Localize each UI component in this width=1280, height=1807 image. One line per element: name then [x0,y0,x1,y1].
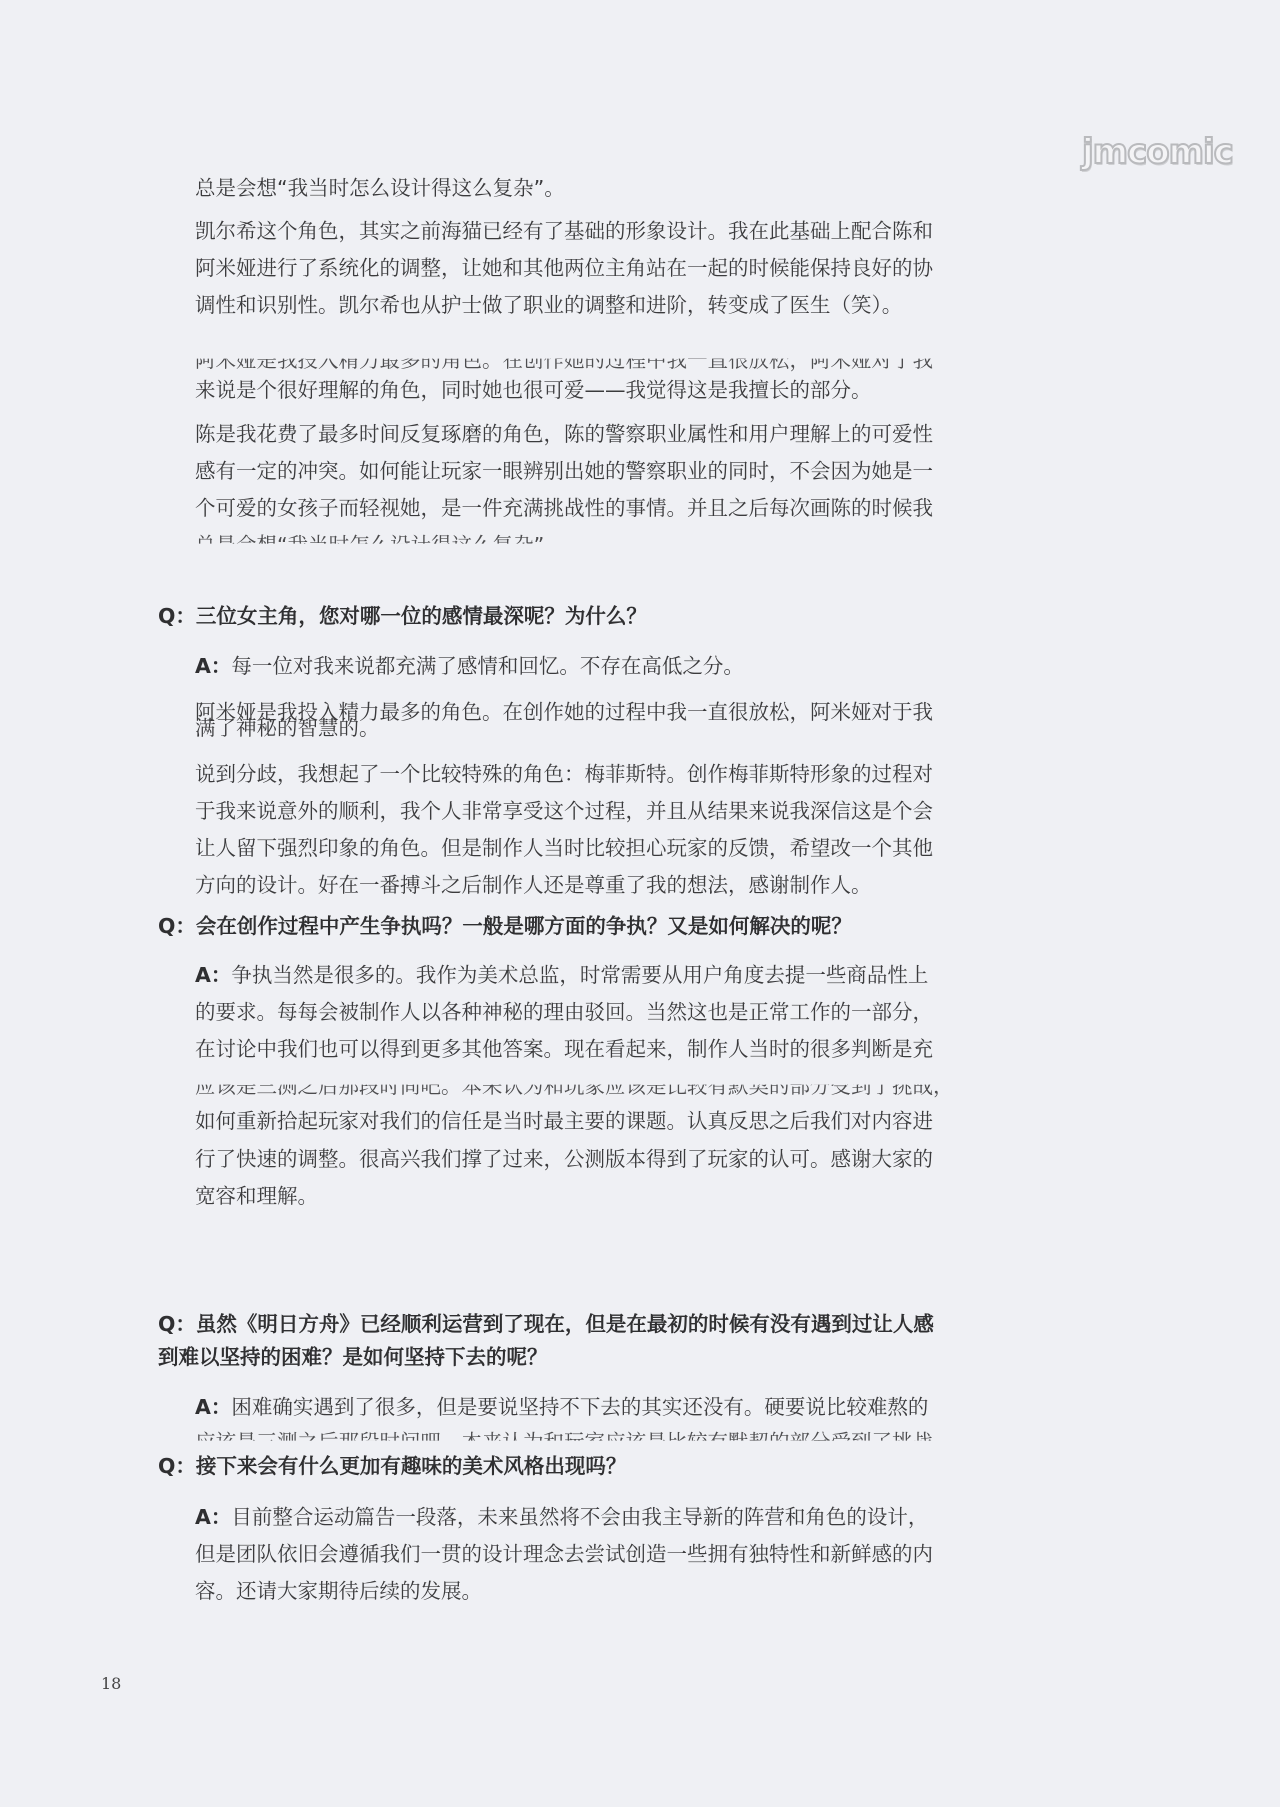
question-heading: Q：三位女主角，您对哪一位的感情最深呢？为什么？ [158,602,978,630]
answer-line: 在讨论中我们也可以得到更多其他答案。现在看起来，制作人当时的很多判断是充 [195,1035,965,1063]
answer-label: A： [195,1395,231,1419]
answer-line: 的要求。每每会被制作人以各种神秘的理由驳回。当然这也是正常工作的一部分， [195,998,965,1026]
page-number: 18 [101,1674,121,1693]
paragraph-line: 说到分歧，我想起了一个比较特殊的角色：梅菲斯特。创作梅菲斯特形象的过程对 [195,760,965,788]
answer-text: 目前整合运动篇告一段落，未来虽然将不会由我主导新的阵营和角色的设计， [231,1505,928,1529]
answer-line: A：每一位对我来说都充满了感情和回忆。不存在高低之分。 [195,652,965,680]
cut-paragraph-line: 总是会想“我当时怎么设计得这么复杂”。 [195,531,965,559]
question-heading: Q：接下来会有什么更加有趣味的美术风格出现吗？ [158,1452,978,1480]
answer-text: 每一位对我来说都充满了感情和回忆。不存在高低之分。 [231,654,744,678]
answer-line: A：目前整合运动篇告一段落，未来虽然将不会由我主导新的阵营和角色的设计， [195,1503,965,1531]
cut-paragraph-line: 阿米娅是我投入精力最多的角色。在创作她的过程中我一直很放松，阿米娅对于我 [195,346,965,374]
answer-label: A： [195,963,231,987]
paragraph-line: 让人留下强烈印象的角色。但是制作人当时比较担心玩家的反馈，希望改一个其他 [195,834,965,862]
answer-line: 但是团队依旧会遵循我们一贯的设计理念去尝试创造一些拥有独特性和新鲜感的内 [195,1540,965,1568]
paragraph-line: 阿米娅进行了系统化的调整，让她和其他两位主角站在一起的时候能保持良好的协 [195,254,965,282]
answer-text: 困难确实遇到了很多，但是要说坚持不下去的其实还没有。硬要说比较难熬的 [231,1395,928,1419]
answer-line: 如何重新拾起玩家对我们的信任是当时最主要的课题。认真反思之后我们对内容进 [195,1107,965,1135]
cut-answer-line: 应该是三测之后那段时间吧。本来认为和玩家应该是比较有默契的部分受到了挑战， [195,1072,965,1100]
paragraph-line: 个可爱的女孩子而轻视她，是一件充满挑战性的事情。并且之后每次画陈的时候我 [195,494,965,522]
answer-line: 行了快速的调整。很高兴我们撑了过来，公测版本得到了玩家的认可。感谢大家的 [195,1145,965,1173]
answer-label: A： [195,654,231,678]
paragraph-line: 于我来说意外的顺利，我个人非常享受这个过程，并且从结果来说我深信这是个会 [195,797,965,825]
question-heading: Q：会在创作过程中产生争执吗？一般是哪方面的争执？又是如何解决的呢？ [158,912,978,940]
answer-text: 争执当然是很多的。我作为美术总监，时常需要从用户角度去提一些商品性上 [231,963,928,987]
paragraph-line: 陈是我花费了最多时间反复琢磨的角色，陈的警察职业属性和用户理解上的可爱性 [195,420,965,448]
overlapping-line: 满了神秘的智慧的。 [195,718,380,738]
answer-line: A：争执当然是很多的。我作为美术总监，时常需要从用户角度去提一些商品性上 [195,961,965,989]
watermark-text: jmcomic [1082,132,1233,172]
paragraph-line: 方向的设计。好在一番搏斗之后制作人还是尊重了我的想法，感谢制作人。 [195,871,965,899]
paragraph-line: 感有一定的冲突。如何能让玩家一眼辨别出她的警察职业的同时，不会因为她是一 [195,457,965,485]
question-heading: Q：虽然《明日方舟》已经顺利运营到了现在，但是在最初的时候有没有遇到过让人感 [158,1310,978,1338]
paragraph-line: 调性和识别性。凯尔希也从护士做了职业的调整和进阶，转变成了医生（笑）。 [195,291,965,319]
answer-line: A：困难确实遇到了很多，但是要说坚持不下去的其实还没有。硬要说比较难熬的 [195,1393,965,1421]
jmcomic-watermark: jmcomic [1082,132,1233,172]
answer-label: A： [195,1505,231,1529]
answer-line: 容。还请大家期待后续的发展。 [195,1577,965,1605]
answer-line: 宽容和理解。 [195,1182,965,1210]
question-heading: 到难以坚持的困难？是如何坚持下去的呢？ [158,1343,978,1371]
paragraph-line: 总是会想“我当时怎么设计得这么复杂”。 [195,174,965,202]
paragraph-line: 凯尔希这个角色，其实之前海猫已经有了基础的形象设计。我在此基础上配合陈和 [195,217,965,245]
paragraph-line: 来说是个很好理解的角色，同时她也很可爱——我觉得这是我擅长的部分。 [195,376,965,404]
